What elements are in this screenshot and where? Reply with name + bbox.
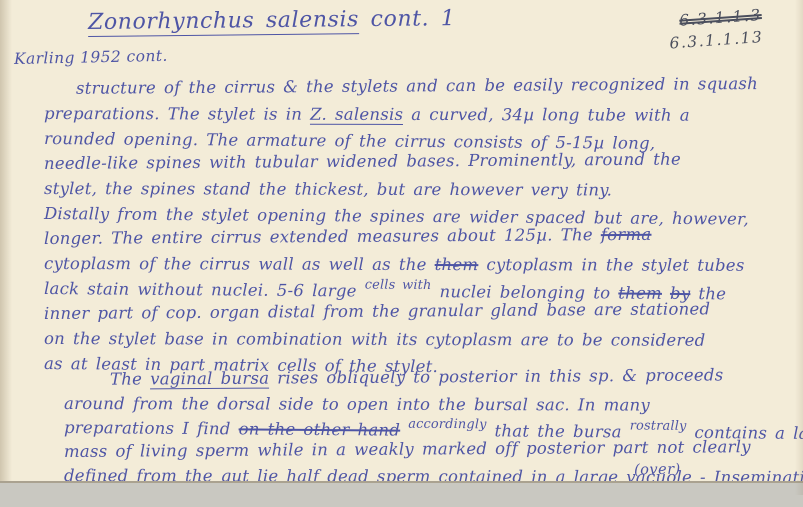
- species-name: Zonorhynchus salensis: [88, 7, 359, 37]
- handwritten-line: inner part of cop. organ distal from the…: [44, 296, 785, 326]
- handwriting-text: on the stylet base in combination with i…: [44, 329, 705, 350]
- notes-paragraph-1: structure of the cirrus & the stylets an…: [44, 76, 785, 376]
- handwriting-text: a curved, 34µ long tube with a: [403, 105, 690, 125]
- handwriting-text: cytoplasm in the stylet tubes: [478, 255, 744, 275]
- handwriting-text: cytoplasm of the cirrus wall as well as …: [44, 254, 435, 274]
- card-title: Zonorhynchus salensis cont. 1: [88, 6, 456, 35]
- title-suffix: cont. 1: [359, 6, 456, 32]
- handwriting-text: around from the dorsal side to open into…: [64, 394, 650, 415]
- handwritten-line: stylet, the spines stand the thickest, b…: [44, 176, 785, 203]
- inserted-text: accordingly: [408, 413, 487, 438]
- handwritten-line: needle-like spines with tubular widened …: [44, 146, 785, 176]
- handwritten-line: mass of living sperm while in a weakly m…: [64, 435, 785, 464]
- handwriting-text: inner part of cop. organ distal from the…: [44, 299, 710, 323]
- handwriting-text: needle-like spines with tubular widened …: [44, 150, 681, 173]
- catalog-numbers: 6.3.1.1.3 6.3.1.1.13: [667, 4, 764, 54]
- underlined-text: vaginal bursa: [150, 369, 269, 390]
- handwritten-line: longer. The entire cirrus extended measu…: [44, 221, 785, 251]
- handwriting-text: The: [110, 369, 150, 388]
- handwriting-text: longer. The entire cirrus extended measu…: [44, 225, 601, 248]
- handwritten-line: preparations. The stylet is in Z. salens…: [44, 101, 785, 128]
- handwriting-text: rises obliquely to posterior in this sp.…: [269, 365, 723, 387]
- reference-citation: Karling 1952 cont.: [14, 47, 168, 68]
- handwritten-line: structure of the cirrus & the stylets an…: [44, 71, 785, 101]
- handwriting-text: preparations. The stylet is in: [44, 104, 310, 124]
- struck-text: them: [435, 255, 479, 274]
- handwriting-text: preparations I find: [64, 418, 239, 438]
- underlined-text: Z. salensis: [310, 105, 403, 125]
- handwriting-text: mass of living sperm while in a weakly m…: [64, 437, 751, 461]
- struck-text: forma: [601, 225, 652, 244]
- handwritten-line: The vaginal bursa rises obliquely to pos…: [64, 363, 785, 392]
- struck-text: on the other hand: [239, 419, 401, 439]
- handwriting-text: structure of the cirrus & the stylets an…: [76, 74, 758, 98]
- handwriting-text: lack stain without nuclei. 5-6 large: [44, 279, 365, 301]
- inserted-text: cells with: [365, 273, 432, 299]
- scan-edge-bottom: [0, 481, 803, 495]
- index-card: Zonorhynchus salensis cont. 1 6.3.1.1.3 …: [0, 0, 803, 495]
- handwritten-line: on the stylet base in combination with i…: [44, 326, 785, 353]
- handwriting-text: stylet, the spines stand the thickest, b…: [44, 179, 612, 199]
- over-note: (over): [634, 462, 681, 479]
